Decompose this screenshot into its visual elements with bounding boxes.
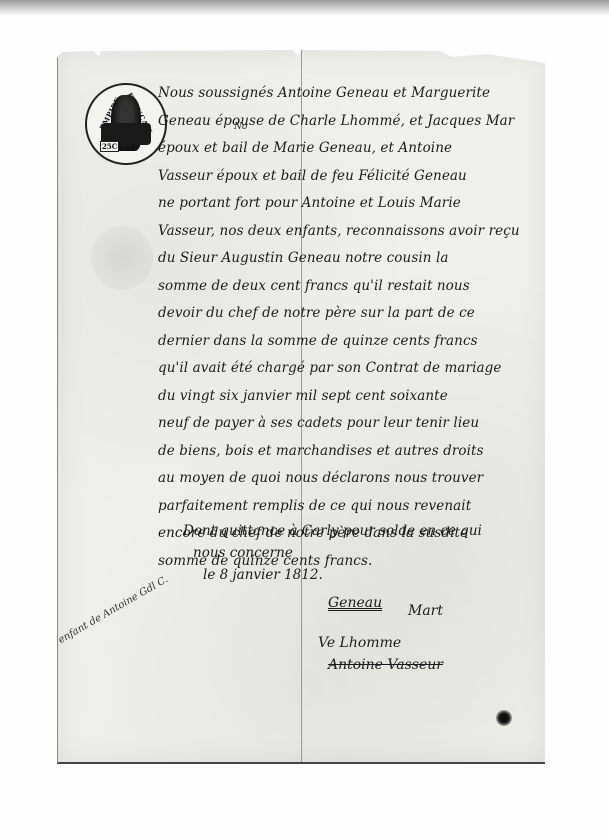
signature-lhomme: Ve Lhomme bbox=[318, 635, 401, 651]
body-line: du Sieur Augustin Geneau notre cousin la bbox=[158, 245, 543, 273]
body-line: Vasseur, nos deux enfants, reconnaissons… bbox=[158, 218, 543, 246]
body-line: devoir du chef de notre père sur la part… bbox=[158, 300, 543, 328]
body-line: au moyen de quoi nous déclarons nous tro… bbox=[158, 465, 543, 493]
ink-blot bbox=[496, 710, 512, 726]
scan-top-shadow bbox=[0, 0, 609, 16]
closing-block: Dont quittance à Carly pour solde en ce … bbox=[183, 520, 543, 586]
document-paper: EMPIRE FRANÇAIS 25C No Nous soussignés A… bbox=[57, 50, 547, 764]
body-line: parfaitement remplis de ce qui nous reve… bbox=[158, 493, 543, 521]
stamp-value: 25C bbox=[100, 141, 119, 152]
signature-vasseur: Antoine Vasseur bbox=[328, 657, 443, 673]
body-line: Nous soussignés Antoine Geneau et Margue… bbox=[158, 80, 543, 108]
body-line: du vingt six janvier mil sept cent soixa… bbox=[158, 383, 543, 411]
body-line: époux et bail de Marie Geneau, et Antoin… bbox=[158, 135, 543, 163]
body-line: Vasseur époux et bail de feu Félicité Ge… bbox=[158, 163, 543, 191]
closing-line: Dont quittance à Carly pour solde en ce … bbox=[183, 520, 543, 542]
closing-line: nous concerne bbox=[183, 542, 543, 564]
empire-tax-stamp: EMPIRE FRANÇAIS 25C bbox=[85, 83, 167, 165]
body-line: ne portant fort pour Antoine et Louis Ma… bbox=[158, 190, 543, 218]
date-line: le 8 janvier 1812. bbox=[183, 564, 543, 586]
signature-geneau: Geneau bbox=[328, 595, 382, 611]
body-line: neuf de payer à ses cadets pour leur ten… bbox=[158, 410, 543, 438]
ink-blot-top bbox=[583, 138, 597, 158]
body-line: qu'il avait été chargé par son Contrat d… bbox=[158, 355, 543, 383]
body-line: somme de deux cent francs qu'il restait … bbox=[158, 273, 543, 301]
dry-stamp-watermark bbox=[91, 225, 153, 291]
document-body: Nous soussignés Antoine Geneau et Margue… bbox=[158, 80, 543, 575]
body-line: de biens, bois et marchandises et autres… bbox=[158, 438, 543, 466]
body-line: Geneau épouse de Charle Lhommé, et Jacqu… bbox=[158, 108, 543, 136]
body-line: dernier dans la somme de quinze cents fr… bbox=[158, 328, 543, 356]
signature-mart: Mart bbox=[408, 603, 443, 619]
